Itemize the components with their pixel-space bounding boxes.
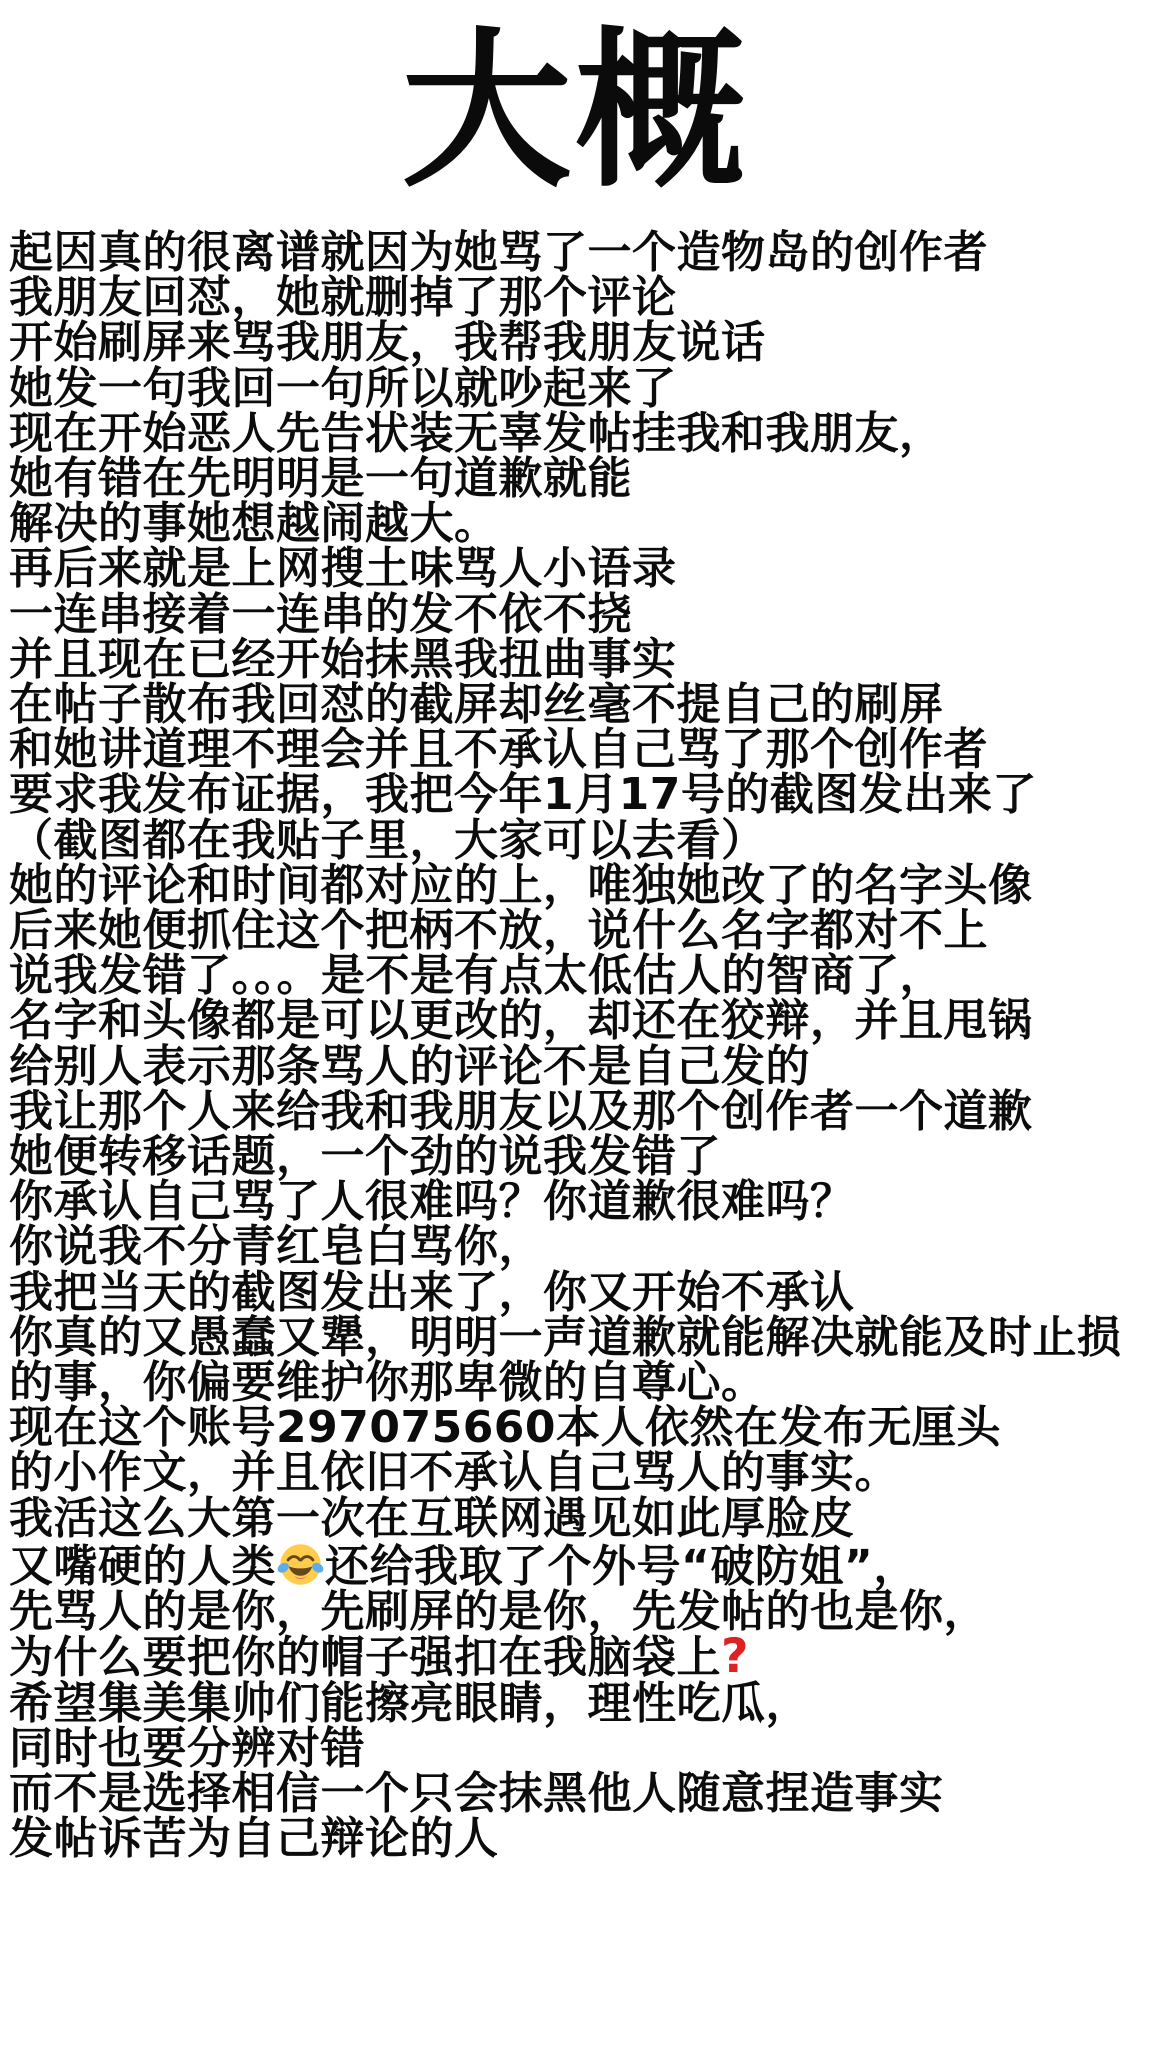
post-body: 起因真的很离谱就因为她骂了一个造物岛的创作者我朋友回怼，她就删掉了那个评论开始刷… (0, 230, 1151, 1861)
text-line: （截图都在我贴子里，大家可以去看） (9, 818, 1151, 863)
text-line: 再后来就是上网搜土味骂人小语录 (9, 546, 1151, 591)
text-line: 要求我发布证据，我把今年1月17号的截图发出来了 (9, 772, 1151, 817)
text-line: 现在开始恶人先告状装无辜发帖挂我和我朋友， (9, 411, 1151, 456)
text-line: 先骂人的是你，先刷屏的是你，先发帖的也是你， (9, 1589, 1151, 1634)
text-line: 她发一句我回一句所以就吵起来了 (9, 366, 1151, 411)
text-line: 和她讲道理不理会并且不承认自己骂了那个创作者 (9, 727, 1151, 772)
text-line: 起因真的很离谱就因为她骂了一个造物岛的创作者 (9, 230, 1151, 275)
text-line: 你说我不分青红皂白骂你， (9, 1224, 1151, 1269)
text-line: 你承认自己骂了人很难吗？你道歉很难吗？ (9, 1179, 1151, 1224)
post-title: 大概 (0, 0, 1151, 208)
text-line: 后来她便抓住这个把柄不放，说什么名字都对不上 (9, 908, 1151, 953)
text-line: 希望集美集帅们能擦亮眼睛，理性吃瓜， (9, 1681, 1151, 1726)
text-line: 在帖子散布我回怼的截屏却丝毫不提自己的刷屏 (9, 682, 1151, 727)
text-line: 你真的又愚蠢又犟，明明一声道歉就能解决就能及时止损 (9, 1315, 1151, 1360)
text-line: 一连串接着一连串的发不依不挠 (9, 592, 1151, 637)
text-line: 我朋友回怼，她就删掉了那个评论 (9, 275, 1151, 320)
tears-of-joy-emoji (277, 1541, 324, 1588)
text-line: 我让那个人来给我和我朋友以及那个创作者一个道歉 (9, 1089, 1151, 1134)
text-line: 她有错在先明明是一句道歉就能 (9, 456, 1151, 501)
text-line: 她便转移话题，一个劲的说我发错了 (9, 1134, 1151, 1179)
text-line: 发帖诉苦为自己辩论的人 (9, 1816, 1151, 1861)
text-line: 又嘴硬的人类还给我取了个外号“破防姐”， (9, 1541, 1151, 1589)
text-line: 为什么要把你的帽子强扣在我脑袋上? (9, 1634, 1151, 1680)
text-line: 名字和头像都是可以更改的，却还在狡辩，并且甩锅 (9, 998, 1151, 1043)
text-line: 说我发错了。。。是不是有点太低估人的智商了， (9, 953, 1151, 998)
text-post-image: 大概 起因真的很离谱就因为她骂了一个造物岛的创作者我朋友回怼，她就删掉了那个评论… (0, 0, 1151, 2048)
text-line: 解决的事她想越闹越大。 (9, 501, 1151, 546)
text-line: 她的评论和时间都对应的上，唯独她改了的名字头像 (9, 863, 1151, 908)
text-line: 开始刷屏来骂我朋友，我帮我朋友说话 (9, 320, 1151, 365)
text-line: 现在这个账号297075660本人依然在发布无厘头 (9, 1405, 1151, 1450)
text-line: 我活这么大第一次在互联网遇见如此厚脸皮 (9, 1496, 1151, 1541)
text-line: 的小作文，并且依旧不承认自己骂人的事实。 (9, 1450, 1151, 1495)
text-line: 并且现在已经开始抹黑我扭曲事实 (9, 637, 1151, 682)
text-line: 我把当天的截图发出来了，你又开始不承认 (9, 1270, 1151, 1315)
text-line: 给别人表示那条骂人的评论不是自己发的 (9, 1044, 1151, 1089)
text-line: 同时也要分辨对错 (9, 1726, 1151, 1771)
red-question-icon: ? (721, 1629, 749, 1684)
text-line: 的事，你偏要维护你那卑微的自尊心。 (9, 1360, 1151, 1405)
text-line: 而不是选择相信一个只会抹黑他人随意捏造事实 (9, 1771, 1151, 1816)
